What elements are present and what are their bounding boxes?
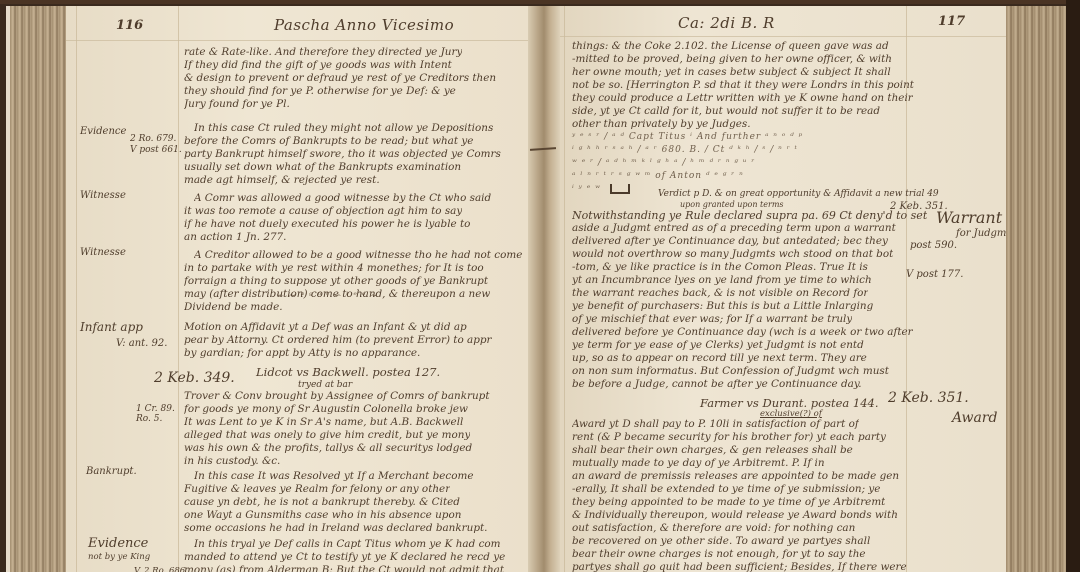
keble-reference: 2 Keb. 349. [154,370,235,386]
book-gutter [528,6,560,572]
margin-note-evidence: Evidence [88,538,148,549]
shorthand-line: ⁱ ᵍ ʰ ʰ ʳ ˢ ᵃ ʰ / ᵃ ʳ 680. B. / Ct ᵈ ᵏ ʰ… [572,144,798,157]
body-line: would not overthrow so many Judgmts wch … [572,248,893,261]
body-line: delivered after ye Continuance day, but … [572,235,888,248]
body-line: aside a Judgmt entred as of a preceding … [572,222,896,235]
body-line: her owne mouth; yet in cases betw subjec… [572,66,891,79]
left-page: 116 Pascha Anno Vicesimo rate & Rate-lik… [66,6,528,572]
margin-ref: V: ant. 92. [116,338,167,349]
body-line: & design to prevent or defraud ye rest o… [184,72,496,85]
shorthand-annotation: ∽ ∼ ᵃ ᵍ ⁿ ˢ ∽ ᵗ ᵉ ᵈ ∼ [276,290,379,303]
margin-note-sub: for Judgmt [956,228,1010,239]
body-line: on non sum informatus. But Confession of… [572,365,889,378]
margin-note-warrant: Warrant [936,208,1002,227]
margin-note-infant: Infant app [80,322,143,333]
body-line: made agt himself, & rejected ye rest. [184,174,380,187]
body-line: was his own & the profits, tallys & all … [184,442,472,455]
right-page: Ca: 2di B. R 117 things: & the Coke 2.10… [560,6,1006,572]
margin-ref: Ro. 5. [136,414,162,425]
margin-note-witnesse: Witnesse [80,190,126,201]
body-line: if he have not duely executed his power … [184,218,470,231]
body-line: they being appointed to be made to ye ti… [572,496,885,509]
margin-ref: 2 Ro. 679. [130,134,176,145]
body-line: the warrant reaches back, & is not visib… [572,287,868,300]
case-title: Lidcot vs Backwell. postea 127. [256,365,440,379]
body-line: it was too remote a cause of objection a… [184,205,462,218]
body-line: It was Lent to ye K in Sr A's name, but … [184,416,463,429]
body-line: alleged that was onely to give him credi… [184,429,470,442]
body-line: of ye mischief that ever was; for If a w… [572,313,852,326]
body-line: pear by Attorny. Ct ordered him (to prev… [184,334,492,347]
margin-note-bankrupt: Bankrupt. [86,466,137,477]
body-line: Award yt D shall pay to P. 10li in satis… [572,418,859,431]
body-line: mutually made to ye day of ye Arbitremt.… [572,457,825,470]
body-line: out satisfaction, & therefore are void: … [572,522,855,535]
body-line: Jury found for ye Pl. [184,98,290,111]
left-page-edges [6,6,70,572]
body-line: they could produce a Lettr written with … [572,92,913,105]
body-line: A Creditor allowed to be a good witnesse… [194,249,522,262]
margin-ref: post 590. [910,240,957,251]
margin-note-sub: not by ye King [88,552,150,563]
keble-reference: 2 Keb. 351. [888,390,969,406]
body-line: A Comr was allowed a good witnesse by th… [194,192,491,205]
running-head: Ca: 2di B. R [678,14,775,32]
margin-note-evidence: Evidence [80,126,126,137]
header-rule [66,40,528,41]
margin-ref: V post 661. [130,145,182,156]
body-line: an action 1 Jn. 277. [184,231,286,244]
body-line: Dividend be made. [184,301,283,314]
body-line: partyes shall go quit had been sufficien… [572,561,907,572]
body-line: an award de premissis releases are appoi… [572,470,899,483]
body-line: yt an Incumbrance lyes on ye land from y… [572,274,872,287]
body-line: mony (as) from Alderman B: But the Ct wo… [184,564,504,572]
header-rule [560,36,1006,37]
margin-ref: V post 177. [906,269,963,280]
body-line: shall bear their own charges, & gen rele… [572,444,853,457]
body-line: forraign a thing to suppose yt other goo… [184,275,488,288]
body-line: be recovered on ye other side. To award … [572,535,870,548]
body-line: before the Comrs of Bankrupts to be read… [184,135,473,148]
book-cover-edge [1066,0,1080,572]
body-line: Trover & Conv brought by Assignee of Com… [184,390,490,403]
left-margin-rule [564,6,565,572]
body-line: in his custody. &c. [184,455,280,468]
body-line: If they did find the gift of ye goods wa… [184,59,452,72]
running-head: Pascha Anno Vicesimo [274,16,454,34]
bracket-mark [610,184,630,194]
body-line: In this tryal ye Def calls in Capt Titus… [194,538,501,551]
body-line: things: & the Coke 2.102. the License of… [572,40,889,53]
body-line: manded to attend ye Ct to testify yt ye … [184,551,505,564]
body-line: delivered before ye Continuance day (wch… [572,326,913,339]
body-line: usually set down what of the Bankrupts e… [184,161,461,174]
body-line: In this case Ct ruled they might not all… [194,122,493,135]
body-line: not be so. [Herrington P. sd that it the… [572,79,914,92]
body-line: -mitted to be proved, being given to her… [572,53,892,66]
body-line: they should find for ye P. otherwise for… [184,85,456,98]
body-line: by gardian; for appt by Atty is no appar… [184,347,420,360]
page-number: 117 [938,14,965,29]
body-line: Fugitive & leaves ye Realm for felony or… [184,483,450,496]
shorthand-line: ʷ ᵉ ʳ / ᵃ ᵈ ʰ ᵐ ᵏ ˡ ᵍ ʰ ᵃ / ʰ ᵐ ᵈ ʳ ⁿ ᵍ … [572,157,755,170]
body-line: side, yt ye Ct calld for it, but would n… [572,105,880,118]
body-line: ye benefit of purchasers: But this is bu… [572,300,873,313]
body-line: some occasions he had in Ireland was dec… [184,522,487,535]
body-line: Motion on Affidavit yt a Def was an Infa… [184,321,467,334]
page-number: 116 [116,18,143,33]
shorthand-line: ⁱ ʸ ᵉ ʷ [572,183,601,196]
body-line: rate & Rate-like. And therefore they dir… [184,46,462,59]
margin-note-award: Award [952,410,997,426]
shorthand-line: ᵃ ˡ ⁿ ʳ ᵗ ʳ ˢ ᵍ ʷ ᵐ of Anton ᵈ ᵉ ᵍ ʳ ⁿ [572,170,744,183]
margin-note-witnesse: Witnesse [80,247,126,258]
body-line: -tom, & ye like practice is in the Comon… [572,261,868,274]
body-line: up, so as to appear on record till ye ne… [572,352,867,365]
body-line: & Individually thereupon, would release … [572,509,898,522]
case-title: Farmer vs Durant. postea 144. [700,396,879,410]
margin-ref: V. 2 Ro. 686. [134,566,188,572]
left-margin-rule [76,6,77,572]
right-page-edges [1006,6,1070,572]
body-line: for goods ye mony of Sr Augustin Colonel… [184,403,468,416]
body-line: other than privately by ye Judges. [572,118,751,131]
body-line: one Wayt a Gunsmiths case who in his abs… [184,509,461,522]
body-line: ye term for ye ease of ye Clerks) yet Ju… [572,339,864,352]
body-line: in to partake with ye rest within 4 mone… [184,262,484,275]
body-line: Notwithstanding ye Rule declared supra p… [572,209,927,222]
open-manuscript-book: 116 Pascha Anno Vicesimo rate & Rate-lik… [0,0,1080,572]
body-line: cause yn debt, he is not a bankrupt ther… [184,496,460,509]
body-line: In this case It was Resolved yt If a Mer… [194,470,474,483]
body-line: be before a Judge, cannot be after ye Co… [572,378,862,391]
shorthand-line: ʸ ᵉ ˢ ʳ / ᵃ ᵈ Capt Titus ⁱ And further ᵃ… [572,131,803,144]
body-line: -erally, It shall be extended to ye time… [572,483,880,496]
text-margin-rule [178,6,179,572]
body-line: rent (& P became security for his brothe… [572,431,886,444]
body-line: bear their owne charges is not enough, f… [572,548,866,561]
body-line: party Bankrupt himself swore, tho it was… [184,148,501,161]
